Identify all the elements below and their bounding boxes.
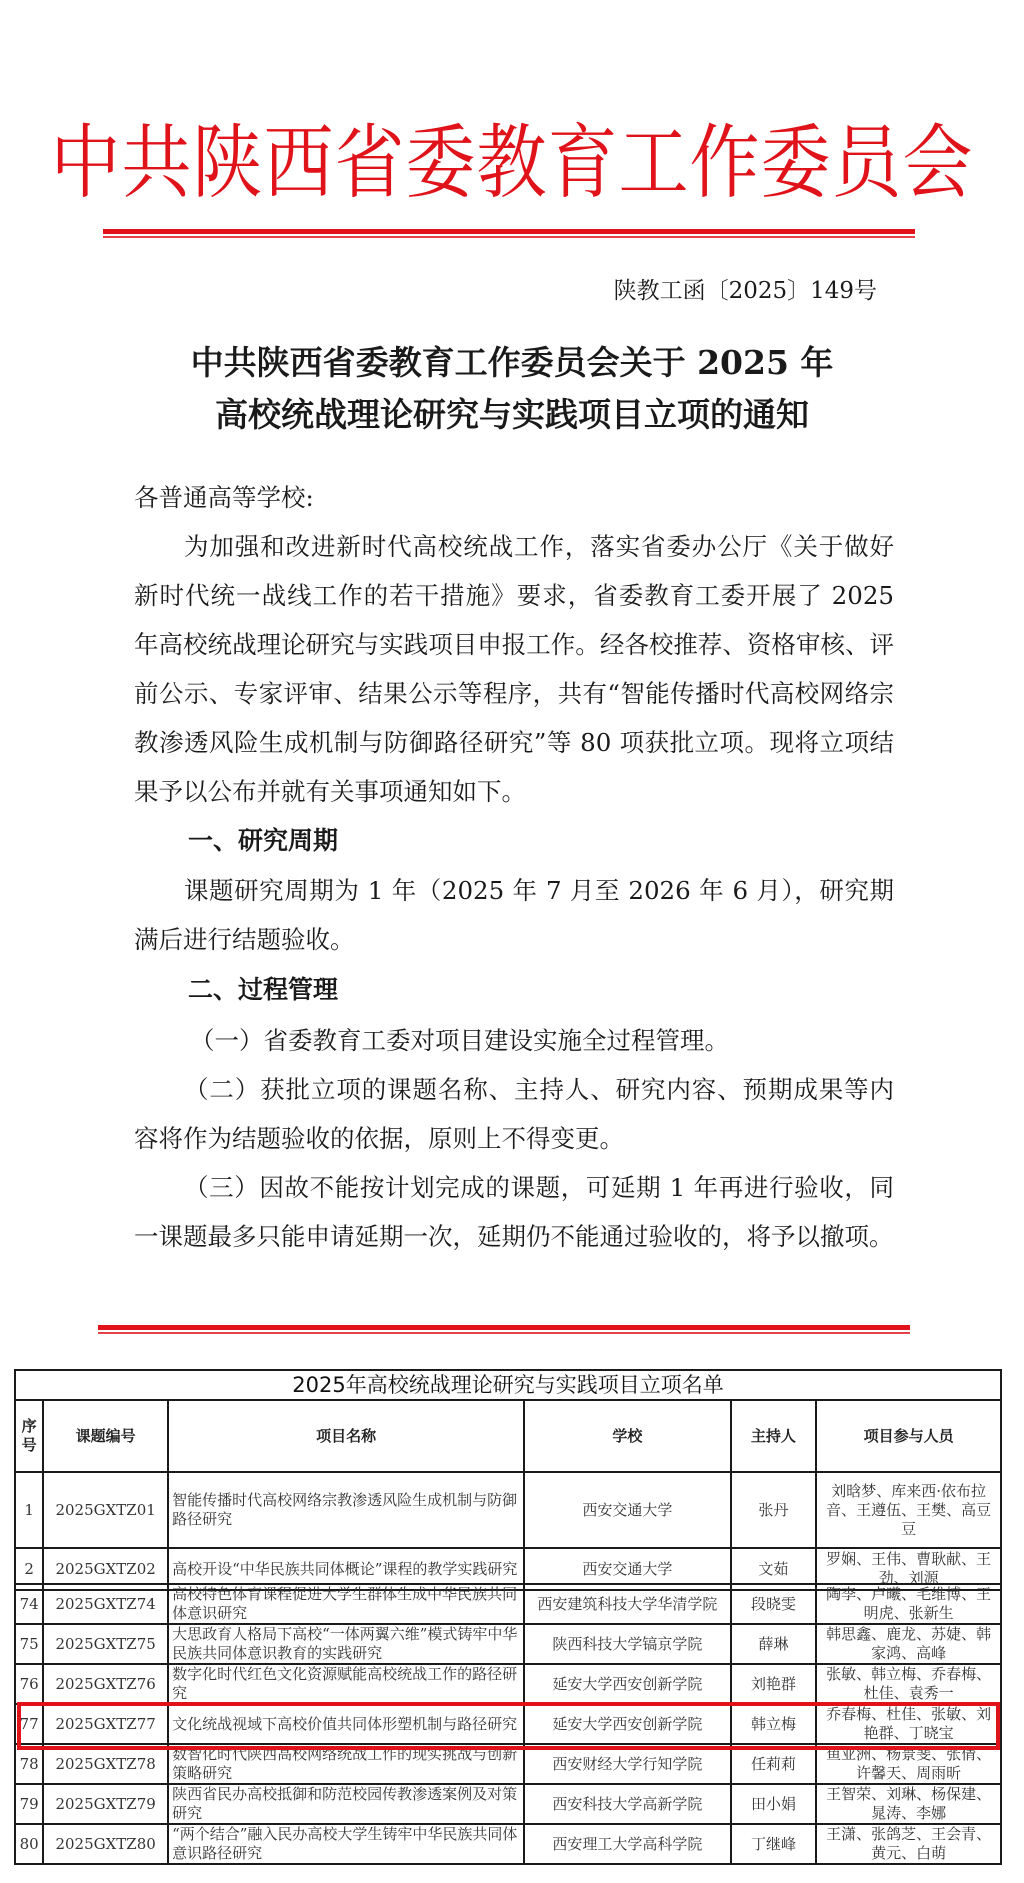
- cell-school: 西安科技大学高新学院: [524, 1784, 730, 1824]
- cell-code: 2025GXTZ01: [43, 1472, 168, 1548]
- cell-name: 数字化时代红色文化资源赋能高校统战工作的路径研究: [168, 1664, 524, 1704]
- project-list-table-top: 2025年高校统战理论研究与实践项目立项名单 序号 课题编号 项目名称 学校 主…: [14, 1369, 1002, 1591]
- cell-name: 文化统战视域下高校价值共同体形塑机制与路径研究: [168, 1704, 524, 1744]
- section1-heading: 一、研究周期: [188, 826, 338, 856]
- cell-members: 陶李、卢曦、毛维博、王明虎、张新生: [816, 1584, 1001, 1624]
- rule-thin-line: [98, 1332, 910, 1334]
- col-header-code: 课题编号: [43, 1400, 168, 1472]
- cell-index: 80: [15, 1824, 43, 1864]
- cell-host: 段晓雯: [731, 1584, 817, 1624]
- cell-members: 韩思鑫、鹿龙、苏婕、韩家鸿、高峰: [816, 1624, 1001, 1664]
- cell-host: 韩立梅: [731, 1704, 817, 1744]
- cell-index: 76: [15, 1664, 43, 1704]
- section2-item-2: （二）获批立项的课题名称、主持人、研究内容、预期成果等内容将作为结题验收的依据，…: [134, 1065, 894, 1163]
- cell-index: 77: [15, 1704, 43, 1744]
- cell-index: 78: [15, 1744, 43, 1784]
- section1-text: 课题研究周期为 1 年（2025 年 7 月至 2026 年 6 月），研究期满…: [134, 866, 894, 964]
- cell-code: 2025GXTZ74: [43, 1584, 168, 1624]
- cell-index: 1: [15, 1472, 43, 1548]
- cell-name: 大思政育人格局下高校“一体两翼六维”模式铸牢中华民族共同体意识教育的实践研究: [168, 1624, 524, 1664]
- table-row: 74 2025GXTZ74 高校特色体育课程促进大学生群体生成中华民族共同体意识…: [15, 1584, 1001, 1624]
- cell-members: 乔春梅、杜佳、张敏、刘艳群、丁晓宝: [816, 1704, 1001, 1744]
- body-paragraph: 为加强和改进新时代高校统战工作，落实省委办公厅《关于做好新时代统一战线工作的若干…: [134, 522, 894, 816]
- cell-name: “两个结合”融入民办高校大学生铸牢中华民族共同体意识路径研究: [168, 1824, 524, 1864]
- table-row: 79 2025GXTZ79 陕西省民办高校抵御和防范校园传教渗透案例及对策研究 …: [15, 1784, 1001, 1824]
- cell-index: 75: [15, 1624, 43, 1664]
- section2-item-1: （一）省委教育工委对项目建设实施全过程管理。: [134, 1016, 894, 1065]
- cell-name: 智能传播时代高校网络宗教渗透风险生成机制与防御路径研究: [168, 1472, 524, 1548]
- cell-host: 田小娟: [731, 1784, 817, 1824]
- col-header-members: 项目参与人员: [816, 1400, 1001, 1472]
- document-number: 陕教工函〔2025〕149号: [614, 276, 877, 306]
- table-row-highlighted: 77 2025GXTZ77 文化统战视域下高校价值共同体形塑机制与路径研究 延安…: [15, 1704, 1001, 1744]
- section2-item-3: （三）因故不能按计划完成的课题，可延期 1 年再进行验收，同一课题最多只能申请延…: [134, 1163, 894, 1261]
- cell-code: 2025GXTZ76: [43, 1664, 168, 1704]
- cell-host: 丁继峰: [731, 1824, 817, 1864]
- col-header-school: 学校: [524, 1400, 730, 1472]
- cell-school: 延安大学西安创新学院: [524, 1664, 730, 1704]
- cell-host: 张丹: [731, 1472, 817, 1548]
- table-header-row: 序号 课题编号 项目名称 学校 主持人 项目参与人员: [15, 1400, 1001, 1472]
- cell-code: 2025GXTZ75: [43, 1624, 168, 1664]
- table-title-row: 2025年高校统战理论研究与实践项目立项名单: [15, 1370, 1001, 1400]
- table-row: 75 2025GXTZ75 大思政育人格局下高校“一体两翼六维”模式铸牢中华民族…: [15, 1624, 1001, 1664]
- cell-code: 2025GXTZ80: [43, 1824, 168, 1864]
- cell-members: 王潇、张鸽芝、王会青、黄元、白萌: [816, 1824, 1001, 1864]
- cell-school: 西安财经大学行知学院: [524, 1744, 730, 1784]
- section2-heading: 二、过程管理: [188, 975, 338, 1005]
- project-list-table-bottom: 74 2025GXTZ74 高校特色体育课程促进大学生群体生成中华民族共同体意识…: [14, 1583, 1002, 1865]
- cell-host: 任莉莉: [731, 1744, 817, 1784]
- cell-members: 刘晗梦、库来西·依布拉音、王遵伍、王樊、高豆豆: [816, 1472, 1001, 1548]
- cell-school: 延安大学西安创新学院: [524, 1704, 730, 1744]
- table-row: 76 2025GXTZ76 数字化时代红色文化资源赋能高校统战工作的路径研究 延…: [15, 1664, 1001, 1704]
- col-header-index: 序号: [15, 1400, 43, 1472]
- red-double-rule-bottom: [98, 1325, 910, 1335]
- rule-thick-line: [103, 229, 915, 234]
- cell-index: 74: [15, 1584, 43, 1624]
- cell-members: 鱼亚洲、杨景斐、张倩、许馨天、周雨昕: [816, 1744, 1001, 1784]
- cell-code: 2025GXTZ77: [43, 1704, 168, 1744]
- cell-name: 数智化时代陕西高校网络统战工作的现实挑战与创新策略研究: [168, 1744, 524, 1784]
- red-double-rule-top: [103, 229, 915, 239]
- org-title: 中共陕西省委教育工作委员会: [0, 111, 1024, 215]
- cell-code: 2025GXTZ79: [43, 1784, 168, 1824]
- cell-code: 2025GXTZ78: [43, 1744, 168, 1784]
- cell-host: 刘艳群: [731, 1664, 817, 1704]
- cell-school: 西安交通大学: [524, 1472, 730, 1548]
- rule-thin-line: [103, 236, 915, 238]
- salutation: 各普通高等学校:: [134, 473, 894, 522]
- cell-index: 79: [15, 1784, 43, 1824]
- cell-members: 张敏、韩立梅、乔春梅、杜佳、袁秀一: [816, 1664, 1001, 1704]
- cell-school: 西安理工大学高科学院: [524, 1824, 730, 1864]
- notice-title-line1: 中共陕西省委教育工作委员会关于 2025 年: [0, 340, 1024, 386]
- table-title: 2025年高校统战理论研究与实践项目立项名单: [15, 1370, 1001, 1400]
- cell-name: 陕西省民办高校抵御和防范校园传教渗透案例及对策研究: [168, 1784, 524, 1824]
- cell-members: 王智荣、刘琳、杨保建、晁涛、李娜: [816, 1784, 1001, 1824]
- notice-title-line2: 高校统战理论研究与实践项目立项的通知: [0, 392, 1024, 438]
- table-row: 1 2025GXTZ01 智能传播时代高校网络宗教渗透风险生成机制与防御路径研究…: [15, 1472, 1001, 1548]
- cell-host: 薛琳: [731, 1624, 817, 1664]
- cell-name: 高校特色体育课程促进大学生群体生成中华民族共同体意识研究: [168, 1584, 524, 1624]
- rule-thick-line: [98, 1325, 910, 1330]
- col-header-host: 主持人: [731, 1400, 817, 1472]
- col-header-name: 项目名称: [168, 1400, 524, 1472]
- table-row: 80 2025GXTZ80 “两个结合”融入民办高校大学生铸牢中华民族共同体意识…: [15, 1824, 1001, 1864]
- table-row: 78 2025GXTZ78 数智化时代陕西高校网络统战工作的现实挑战与创新策略研…: [15, 1744, 1001, 1784]
- cell-school: 西安建筑科技大学华清学院: [524, 1584, 730, 1624]
- cell-school: 陕西科技大学镐京学院: [524, 1624, 730, 1664]
